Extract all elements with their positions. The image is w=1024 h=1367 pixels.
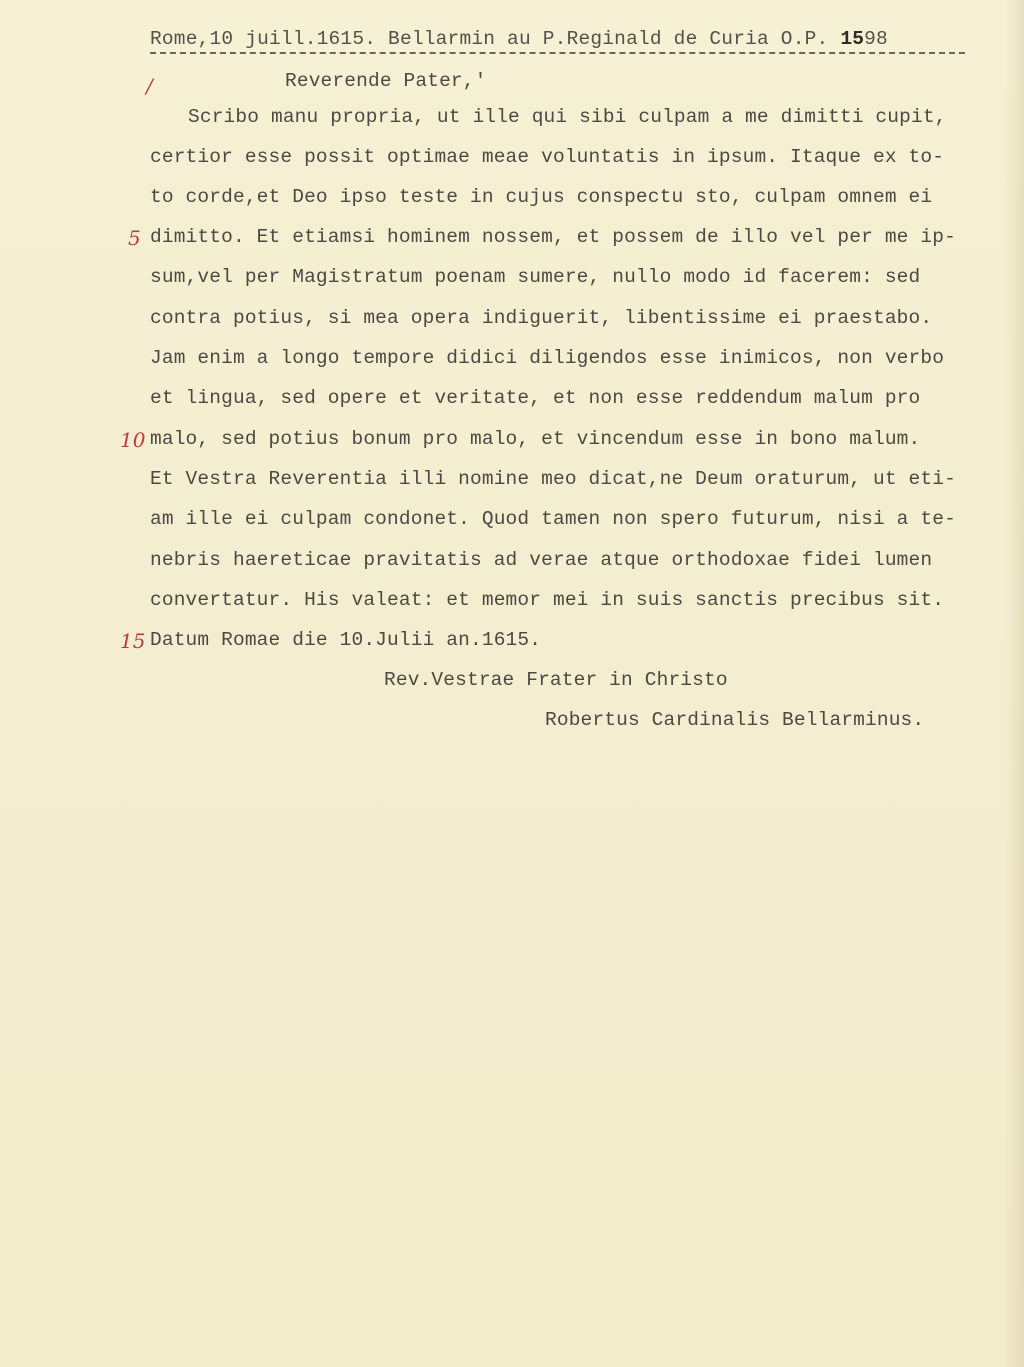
body-line-13: convertatur. His valeat: et memor mei in…	[150, 589, 944, 611]
body-line-2: certior esse possit optimae meae volunta…	[150, 146, 944, 168]
body-line-5: sum,vel per Magistratum poenam sumere, n…	[150, 266, 920, 288]
body-line-10: Et Vestra Reverentia illi nomine meo dic…	[150, 468, 956, 490]
date-line: Datum Romae die 10.Julii an.1615.	[150, 629, 541, 651]
salutation: Reverende Pater,'	[285, 70, 486, 92]
margin-line-number-1: /	[146, 74, 153, 98]
struck-page-number: 15	[840, 28, 864, 50]
margin-line-number-10: 10	[120, 428, 145, 452]
body-line-7: Jam enim a longo tempore didici diligend…	[150, 347, 944, 369]
body-line-6: contra potius, si mea opera indiguerit, …	[150, 307, 932, 329]
margin-line-number-5: 5	[128, 226, 141, 250]
body-line-1: Scribo manu propria, ut ille qui sibi cu…	[188, 106, 947, 128]
page-number: 98	[864, 28, 888, 50]
document-page: Rome,10 juill.1615. Bellarmin au P.Regin…	[0, 0, 1024, 1367]
closing: Rev.Vestrae Frater in Christo	[384, 669, 728, 691]
page-header: Rome,10 juill.1615. Bellarmin au P.Regin…	[150, 28, 965, 50]
header-dashed-rule	[150, 52, 965, 54]
header-text: Rome,10 juill.1615. Bellarmin au P.Regin…	[150, 28, 840, 50]
body-line-8: et lingua, sed opere et veritate, et non…	[150, 387, 920, 409]
body-line-11: am ille ei culpam condonet. Quod tamen n…	[150, 508, 956, 530]
signature: Robertus Cardinalis Bellarminus.	[545, 709, 924, 731]
body-line-4: dimitto. Et etiamsi hominem nossem, et p…	[150, 226, 956, 248]
body-line-12: nebris haereticae pravitatis ad verae at…	[150, 549, 932, 571]
body-line-3: to corde,et Deo ipso teste in cujus cons…	[150, 186, 932, 208]
body-line-9: malo, sed potius bonum pro malo, et vinc…	[150, 428, 920, 450]
margin-line-number-15: 15	[120, 629, 145, 653]
